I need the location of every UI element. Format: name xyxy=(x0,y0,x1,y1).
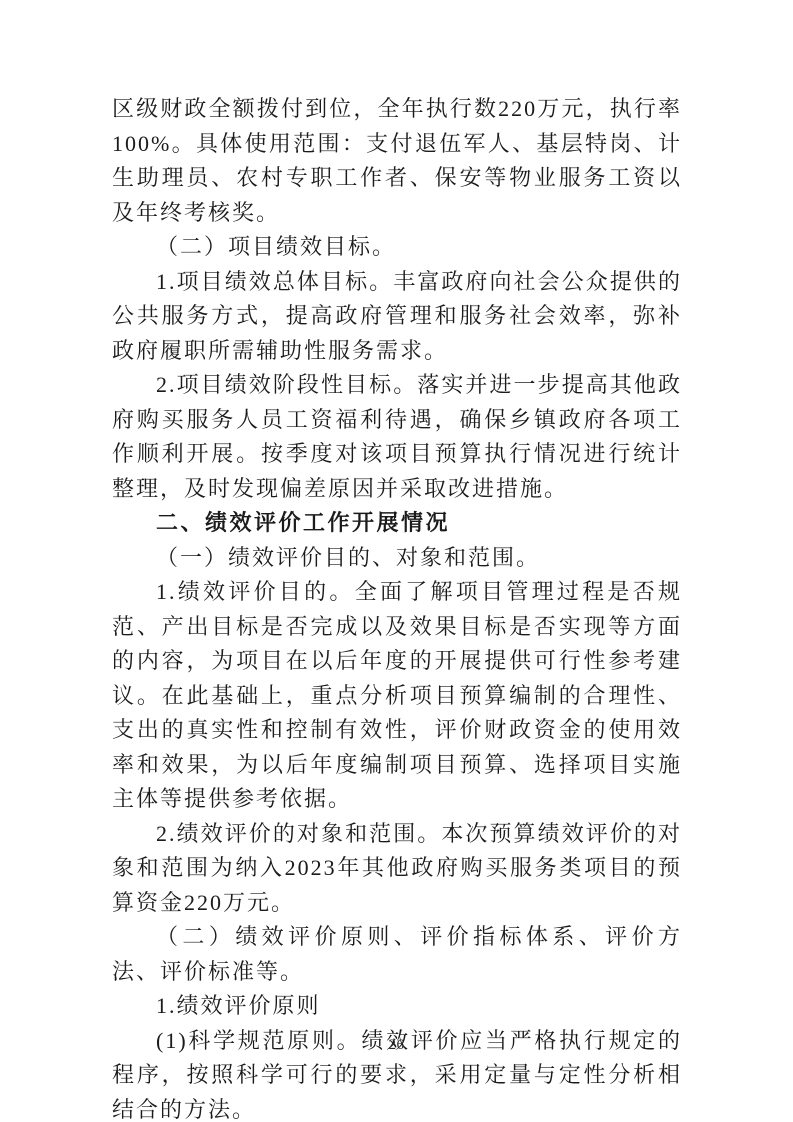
paragraph-principles-heading: （二）绩效评价原则、评价指标体系、评价方法、评价标准等。 xyxy=(112,920,682,989)
paragraph-principles-subheading: 1.绩效评价原则 xyxy=(112,989,682,1024)
paragraph-evaluation-scope: 2.绩效评价的对象和范围。本次预算绩效评价的对象和范围为纳入2023年其他政府购… xyxy=(112,817,682,921)
section-heading-evaluation-work: 二、绩效评价工作开展情况 xyxy=(112,506,682,541)
paragraph-budget-execution: 区级财政全额拨付到位，全年执行数220万元，执行率100%。具体使用范围：支付退… xyxy=(112,92,682,230)
paragraph-project-goal-heading: （二）项目绩效目标。 xyxy=(112,230,682,265)
page-body-text: 区级财政全额拨付到位，全年执行数220万元，执行率100%。具体使用范围：支付退… xyxy=(112,92,682,1122)
paragraph-purpose-scope-heading: （一）绩效评价目的、对象和范围。 xyxy=(112,541,682,576)
document-page: 区级财政全额拨付到位，全年执行数220万元，执行率100%。具体使用范围：支付退… xyxy=(0,0,793,1122)
paragraph-overall-goal: 1.项目绩效总体目标。丰富政府向社会公众提供的公共服务方式，提高政府管理和服务社… xyxy=(112,265,682,369)
page-number: 26 xyxy=(389,1037,405,1053)
paragraph-stage-goal: 2.项目绩效阶段性目标。落实并进一步提高其他政府购买服务人员工资福利待遇，确保乡… xyxy=(112,368,682,506)
page-footer: 26 xyxy=(0,1036,793,1054)
paragraph-evaluation-purpose: 1.绩效评价目的。全面了解项目管理过程是否规范、产出目标是否完成以及效果目标是否… xyxy=(112,575,682,817)
